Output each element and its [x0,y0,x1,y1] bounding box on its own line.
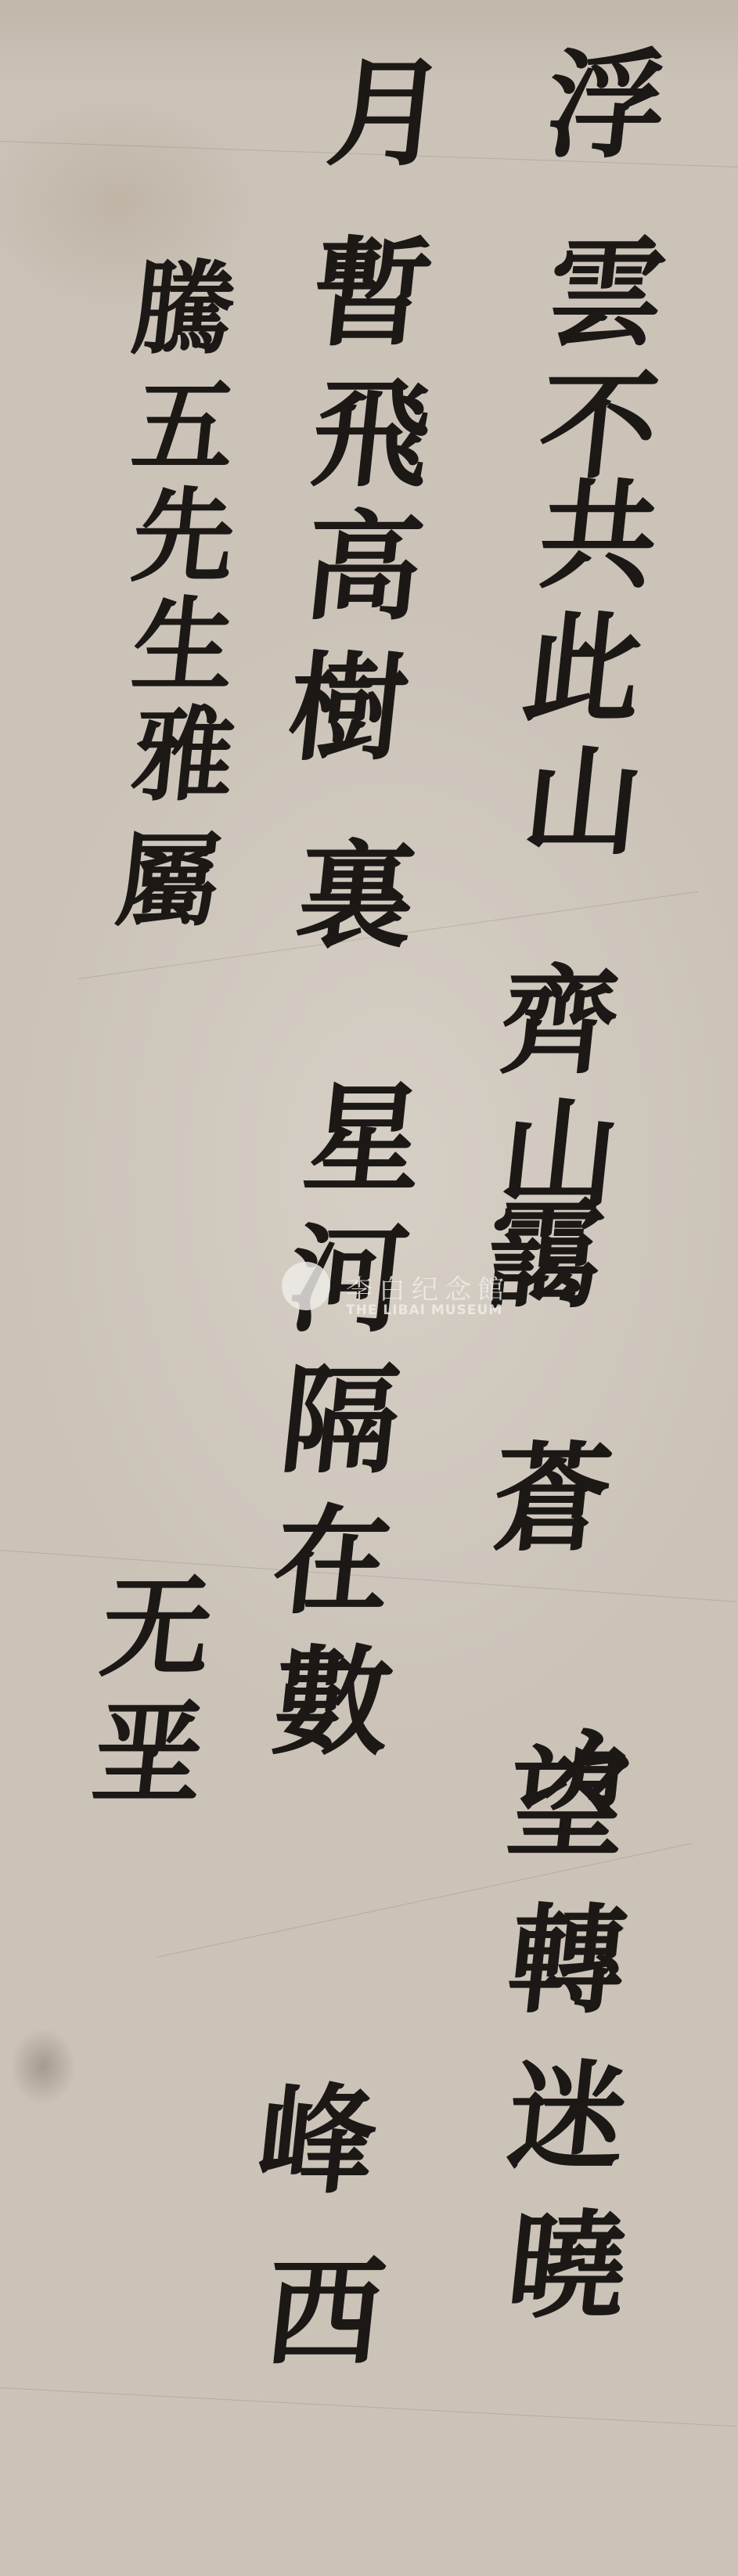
calligraphy-character: 峰 [252,2082,382,2200]
calligraphy-character: 飛 [307,376,437,493]
calligraphy-character: 樹 [283,650,413,767]
calligraphy-character: 暫 [307,235,437,352]
calligraphy-character: 曉 [502,2207,632,2325]
calligraphy-character: 蒼 [487,1440,617,1558]
watermark-chinese: 李白纪念館 [346,1268,510,1306]
calligraphy-character: 轉 [502,1902,632,2019]
calligraphy-character: 先 [128,485,240,587]
calligraphy-character: 雲 [542,235,671,352]
calligraphy-character: 无 [96,1573,218,1683]
calligraphy-character: 生 [128,595,240,697]
calligraphy-character: 此 [518,611,648,728]
calligraphy-character: 五 [128,376,240,477]
calligraphy-character: 迷 [502,2059,632,2176]
calligraphy-character: 在 [268,1503,398,1620]
calligraphy-character: 隔 [275,1362,405,1479]
calligraphy-character: 齊 [495,963,625,1080]
calligraphy-character: 星 [299,1080,429,1198]
calligraphy-scroll: 浮雲不共此山齊山靄蒼々望轉迷曉 月暫飛高樹裏星河隔在數峰西 騰五先生雅屬 无垩 … [0,0,738,2576]
calligraphy-character: 垩 [88,1699,210,1808]
calligraphy-character: 高 [299,509,429,626]
calligraphy-character: 雅 [128,704,240,806]
watermark-english: THE LIBAI MUSEUM [346,1302,502,1318]
calligraphy-character: 數 [268,1644,398,1761]
calligraphy-character: 月 [322,55,452,172]
calligraphy-character: 山 [518,744,648,861]
calligraphy-character: 共 [534,477,664,595]
calligraphy-character: 浮 [542,47,671,164]
calligraphy-character: 西 [260,2254,390,2372]
calligraphy-character: 望 [502,1746,632,1863]
calligraphy-character: 裏 [291,838,421,955]
museum-logo-icon [282,1262,330,1310]
calligraphy-character: 騰 [128,258,240,360]
museum-watermark: 李白纪念館 THE LIBAI MUSEUM [282,1262,548,1324]
paper-crease [0,2387,737,2426]
calligraphy-character: 屬 [112,830,225,931]
